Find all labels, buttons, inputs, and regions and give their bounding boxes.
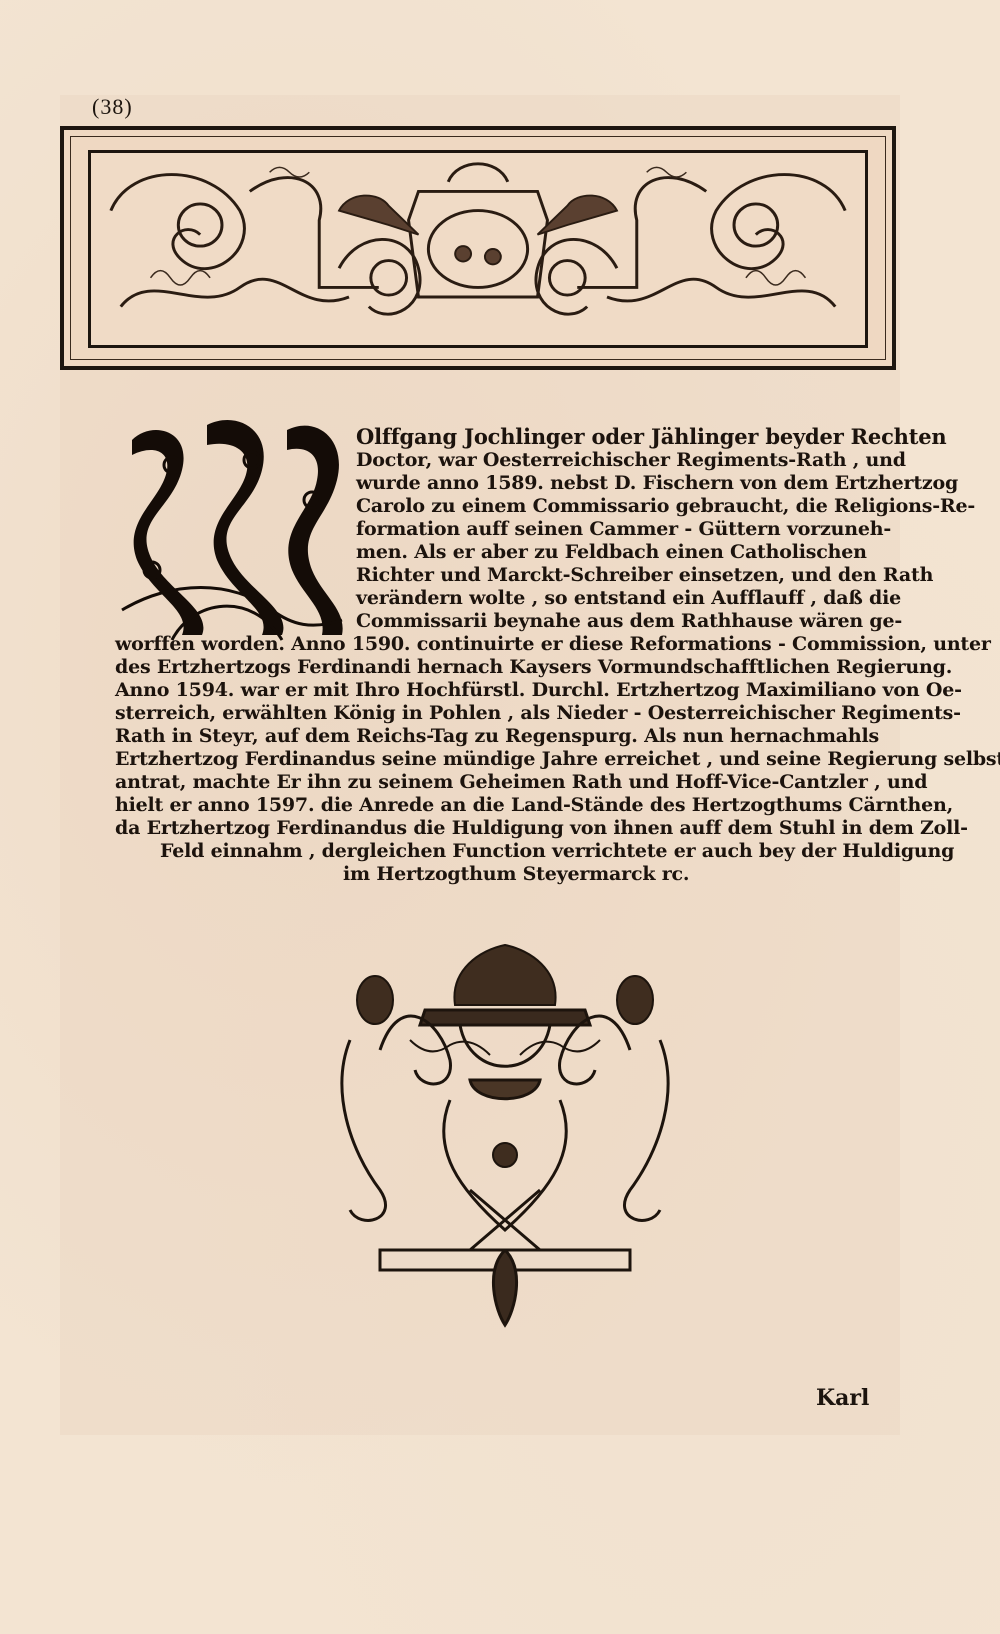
body-line-8: verändern wolte , so entstand ein Auffla… xyxy=(356,587,901,609)
urn-with-caryatids-icon xyxy=(320,930,690,1330)
body-line-14: Rath in Steyr, auf dem Reichs-Tag zu Reg… xyxy=(115,725,879,747)
body-line-7: Richter und Marckt-Schreiber einsetzen, … xyxy=(356,564,933,586)
body-line-19: Feld einnahm , dergleichen Function verr… xyxy=(160,840,954,862)
ornament-panel xyxy=(88,150,868,348)
body-line-17: hielt er anno 1597. die Anrede an die La… xyxy=(115,794,953,816)
body-line-13: sterreich, erwählten König in Pohlen , a… xyxy=(115,702,961,724)
body-line-15: Ertzhertzog Ferdinandus seine mündige Ja… xyxy=(115,748,1000,770)
header-ornament xyxy=(60,126,896,370)
body-line-4: Carolo zu einem Commissario gebraucht, d… xyxy=(356,495,975,517)
page-number: (38) xyxy=(92,94,133,120)
body-line-18: da Ertzhertzog Ferdinandus die Huldigung… xyxy=(115,817,968,839)
body-line-20: im Hertzogthum Steyermarck rc. xyxy=(343,863,689,885)
body-line-11: des Ertzhertzogs Ferdinandi hernach Kays… xyxy=(115,656,952,678)
body-line-2: Doctor, war Oesterreichischer Regiments-… xyxy=(356,449,906,471)
decorative-letter-w-icon xyxy=(112,410,352,650)
drop-cap-initial xyxy=(112,410,352,650)
tailpiece-vignette xyxy=(320,930,690,1330)
body-line-5: formation auff seinen Cammer - Güttern v… xyxy=(356,518,891,540)
body-line-1: Olffgang Jochlinger oder Jählinger beyde… xyxy=(356,424,946,449)
scrollwork-icon xyxy=(91,153,865,345)
catchword: Karl xyxy=(816,1385,869,1411)
body-line-16: antrat, machte Er ihn zu seinem Geheimen… xyxy=(115,771,927,793)
body-line-3: wurde anno 1589. nebst D. Fischern von d… xyxy=(356,472,958,494)
body-line-6: men. Als er aber zu Feldbach einen Catho… xyxy=(356,541,867,563)
body-line-10: worffen worden. Anno 1590. continuirte e… xyxy=(115,633,991,655)
body-line-9: Commissarii beynahe aus dem Rathhause wä… xyxy=(356,610,902,632)
body-line-12: Anno 1594. war er mit Ihro Hochfürstl. D… xyxy=(115,679,962,701)
